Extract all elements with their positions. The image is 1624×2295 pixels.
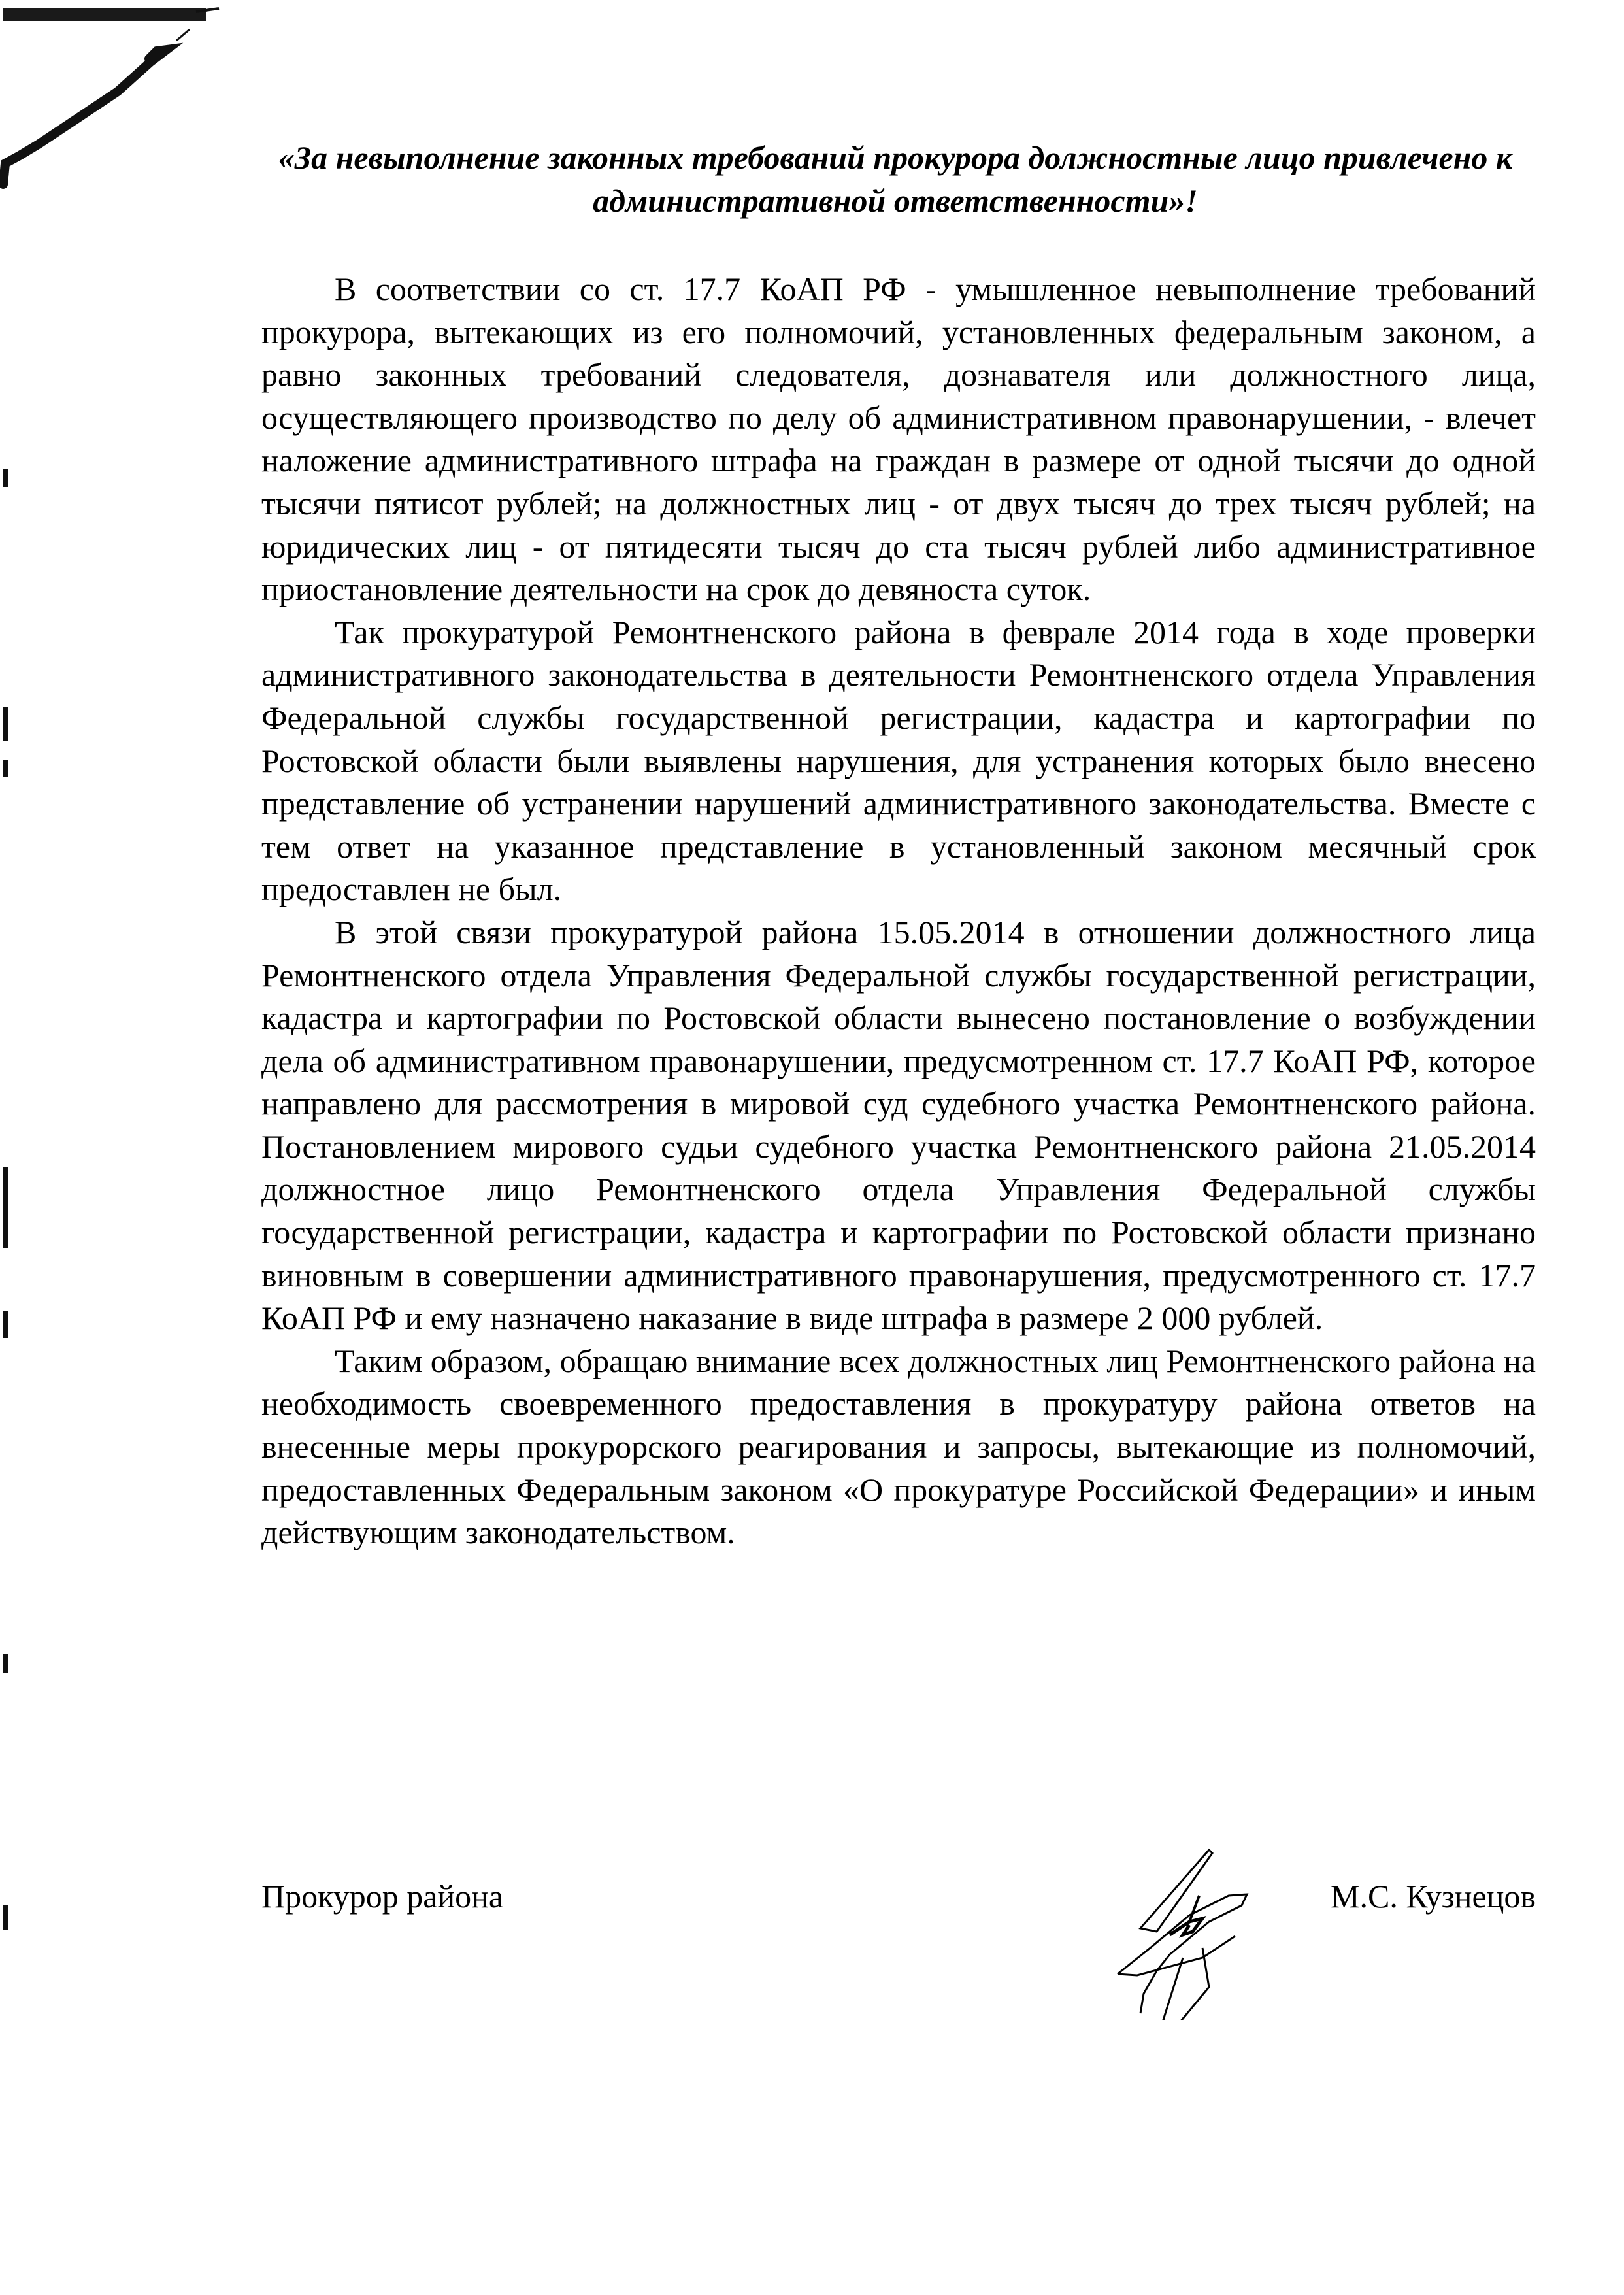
handwritten-signature-icon <box>1078 1824 1287 2020</box>
paragraph: В соответствии со ст. 17.7 КоАП РФ - умы… <box>261 268 1536 611</box>
scan-margin-mark <box>3 1167 8 1248</box>
scan-margin-mark <box>3 707 8 741</box>
document-page: «За невыполнение законных требований про… <box>0 0 1624 2295</box>
scan-margin-mark <box>3 760 8 777</box>
scan-artifact-stroke <box>0 0 261 209</box>
scan-margin-mark <box>3 1905 8 1930</box>
paragraph: Таким образом, обращаю внимание всех дол… <box>261 1340 1536 1554</box>
scan-margin-mark <box>3 469 8 487</box>
signatory-position: Прокурор района <box>261 1875 503 1918</box>
scan-margin-mark <box>3 1654 8 1673</box>
paragraph: Так прокуратурой Ремонтненского района в… <box>261 611 1536 911</box>
signatory-name: М.С. Кузнецов <box>1331 1875 1536 1918</box>
document-body: В соответствии со ст. 17.7 КоАП РФ - умы… <box>261 268 1536 1554</box>
scan-margin-mark <box>3 1311 8 1338</box>
paragraph: В этой связи прокуратурой района 15.05.2… <box>261 911 1536 1340</box>
signature-block: Прокурор района М.С. Кузнецов <box>261 1875 1536 1920</box>
document-title: «За невыполнение законных требований про… <box>248 136 1542 222</box>
